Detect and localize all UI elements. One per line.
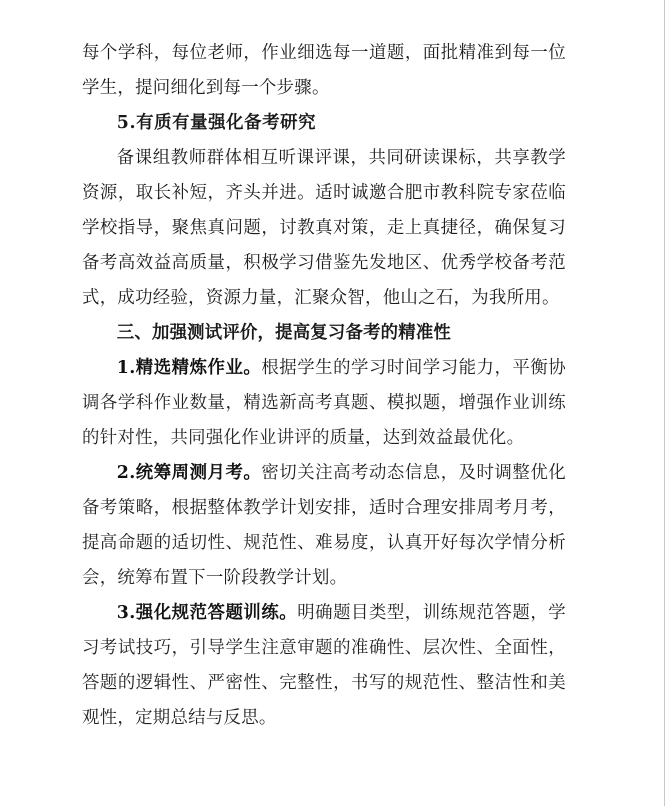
- paragraph-answering: 3.强化规范答题训练。明确题目类型，训练规范答题，学习考试技巧，引导学生注意审题…: [82, 596, 566, 736]
- lead-tests: 2.统筹周测月考。: [117, 463, 262, 483]
- subheading-research: 5.有质有量强化备考研究: [82, 106, 566, 141]
- lead-answering: 3.强化规范答题训练。: [117, 603, 297, 623]
- document-page: 每个学科，每位老师，作业细选每一道题，面批精准到每一位学生，提问细化到每一个步骤…: [0, 0, 665, 806]
- paragraph-homework: 1.精选精炼作业。根据学生的学习时间学习能力，平衡协调各学科作业数量，精选新高考…: [82, 351, 566, 456]
- section-heading-assessment: 三、加强测试评价，提高复习备考的精准性: [82, 316, 566, 351]
- document-body: 每个学科，每位老师，作业细选每一道题，面批精准到每一位学生，提问细化到每一个步骤…: [82, 36, 566, 736]
- paragraph-research: 备课组教师群体相互听课评课，共同研读课标，共享教学资源，取长补短，齐头并进。适时…: [82, 141, 566, 316]
- paragraph-tests: 2.统筹周测月考。密切关注高考动态信息，及时调整优化备考策略，根据整体教学计划安…: [82, 456, 566, 596]
- lead-homework: 1.精选精炼作业。: [117, 358, 262, 378]
- paragraph-continuation: 每个学科，每位老师，作业细选每一道题，面批精准到每一位学生，提问细化到每一个步骤…: [82, 36, 566, 106]
